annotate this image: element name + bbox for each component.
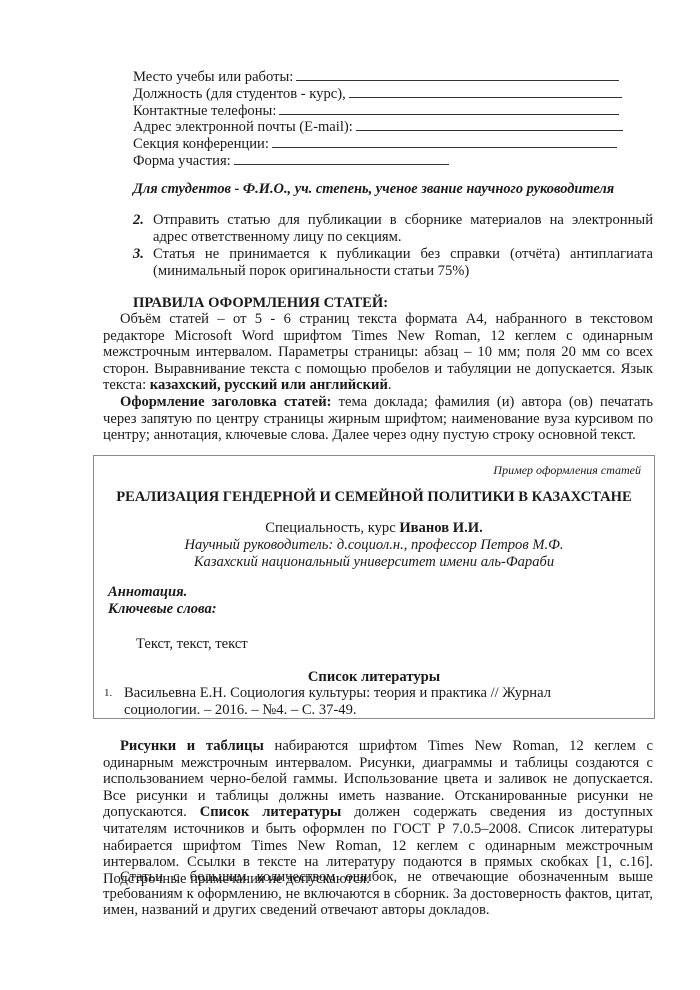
- example-caption: Пример оформления статей: [493, 462, 641, 479]
- blank-line: [296, 68, 619, 81]
- form-field-phones: Контактные телефоны:: [133, 102, 623, 119]
- heading-rules-bold: Оформление заголовка статей:: [120, 394, 332, 410]
- form-field-position: Должность (для студентов - курс),: [133, 85, 623, 102]
- author-name: Иванов И.И.: [399, 520, 482, 536]
- rules-heading: ПРАВИЛА ОФОРМЛЕНИЯ СТАТЕЙ:: [133, 295, 388, 312]
- item-number: 2.: [133, 212, 153, 245]
- example-title: РЕАЛИЗАЦИЯ ГЕНДЕРНОЙ И СЕМЕЙНОЙ ПОЛИТИКИ…: [94, 489, 654, 506]
- students-note: Для студентов - Ф.И.О., уч. степень, уче…: [133, 181, 614, 198]
- item-text: Статья не принимается к публикации без с…: [153, 246, 653, 279]
- blank-line: [279, 102, 619, 115]
- form-field-workplace: Место учебы или работы:: [133, 68, 623, 85]
- reference-text: Васильевна Е.Н. Социология культуры: тео…: [124, 685, 624, 718]
- reference-number: 1.: [104, 685, 124, 718]
- field-label: Контактные телефоны:: [133, 103, 276, 120]
- reference-item: 1. Васильевна Е.Н. Социология культуры: …: [104, 685, 624, 718]
- references-bold: Список литературы: [200, 804, 342, 820]
- example-box: Пример оформления статей РЕАЛИЗАЦИЯ ГЕНД…: [93, 455, 655, 719]
- example-body-text: Текст, текст, текст: [136, 636, 248, 653]
- field-label: Место учебы или работы:: [133, 69, 293, 86]
- paragraph-volume: Объём статей – от 5 - 6 страниц текста ф…: [103, 311, 653, 394]
- languages-bold: казахский, русский или английский: [150, 377, 388, 393]
- paragraph-errors: Статьи с большим количеством ошибок, не …: [103, 869, 653, 919]
- item-number: 3.: [133, 246, 153, 279]
- example-annotation: Аннотация.: [108, 584, 187, 601]
- list-item: 3. Статья не принимается к публикации бе…: [133, 246, 653, 279]
- blank-line: [349, 85, 622, 98]
- paragraph-heading-rules: Оформление заголовка статей: тема доклад…: [103, 394, 653, 444]
- list-item: 2. Отправить статью для публикации в сбо…: [133, 212, 653, 245]
- example-author: Специальность, курс Иванов И.И.: [94, 520, 654, 537]
- document-page: Место учебы или работы: Должность (для с…: [0, 0, 700, 990]
- blank-line: [234, 152, 449, 165]
- field-label: Секция конференции:: [133, 136, 269, 153]
- steps-list: 2. Отправить статью для публикации в сбо…: [133, 212, 653, 280]
- paragraph-end: .: [388, 377, 392, 393]
- blank-line: [272, 135, 617, 148]
- paragraph-figures: Рисунки и таблицы набираются шрифтом Tim…: [103, 738, 653, 887]
- blank-line: [356, 118, 623, 131]
- example-supervisor: Научный руководитель: д.социол.н., профе…: [94, 537, 654, 554]
- example-references-title: Список литературы: [94, 669, 654, 686]
- field-label: Форма участия:: [133, 153, 231, 170]
- figures-bold: Рисунки и таблицы: [120, 738, 264, 754]
- form-field-email: Адрес электронной почты (E-mail):: [133, 118, 623, 135]
- form-field-section: Секция конференции:: [133, 135, 623, 152]
- form-field-participation: Форма участия:: [133, 152, 623, 169]
- example-university: Казахский национальный университет имени…: [94, 554, 654, 571]
- author-prefix: Специальность, курс: [265, 520, 399, 536]
- item-text: Отправить статью для публикации в сборни…: [153, 212, 653, 245]
- field-label: Должность (для студентов - курс),: [133, 86, 346, 103]
- registration-form: Место учебы или работы: Должность (для с…: [133, 68, 623, 169]
- field-label: Адрес электронной почты (E-mail):: [133, 119, 353, 136]
- example-keywords: Ключевые слова:: [108, 601, 217, 618]
